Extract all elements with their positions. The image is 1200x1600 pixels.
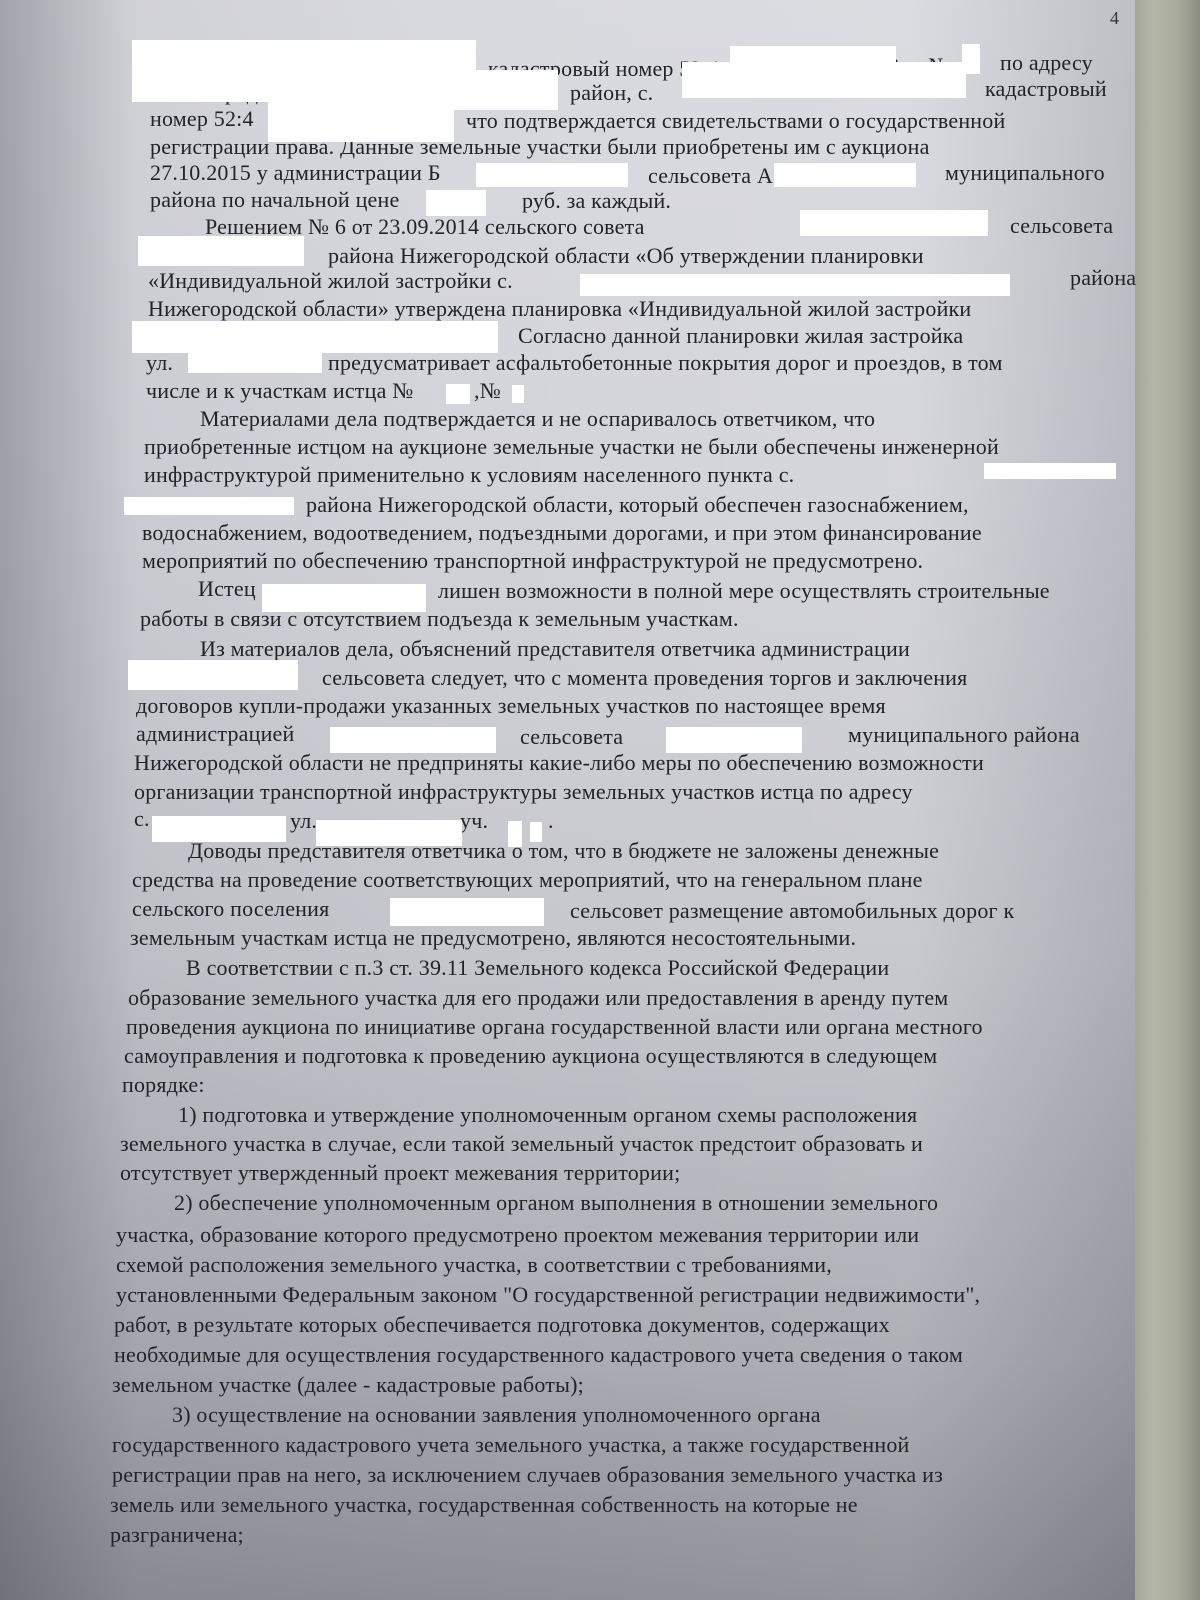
redaction-box — [774, 163, 916, 187]
text-line: регистрации права. Данные земельные учас… — [150, 134, 930, 160]
text-line: сельского поселения — [132, 896, 329, 922]
text-line: необходимые для осуществления государств… — [114, 1342, 963, 1368]
text-line: Доводы представителя ответчика о том, чт… — [188, 838, 939, 864]
text-line: 1) подготовка и утверждение уполномоченн… — [178, 1102, 917, 1128]
text-line: сельсовета А — [648, 163, 773, 189]
page-number: 4 — [1110, 8, 1119, 29]
text-line: государственного кадастрового учета земе… — [112, 1432, 910, 1458]
redaction-box — [530, 822, 542, 842]
text-line: схемой расположения земельного участка, … — [116, 1252, 832, 1278]
redaction-box — [512, 385, 524, 403]
text-line: самоуправления и подготовка к проведению… — [124, 1043, 937, 1069]
text-line: кадастровый — [985, 76, 1107, 102]
redaction-box — [476, 163, 628, 187]
redaction-box — [330, 727, 496, 753]
text-line: участка, образование которого предусмотр… — [116, 1222, 919, 1248]
text-line: мероприятий по обеспечению транспортной … — [142, 548, 923, 574]
text-line: района — [1070, 265, 1136, 291]
text-line: ул. — [146, 350, 173, 376]
text-line: муниципального района — [848, 722, 1080, 748]
text-line: лишен возможности в полной мере осуществ… — [438, 578, 1050, 604]
redaction-box — [132, 40, 476, 102]
text-line: с. — [134, 806, 150, 832]
text-line: по адресу — [1000, 50, 1093, 76]
text-line: земельного участка в случае, если такой … — [120, 1131, 923, 1157]
text-line: района Нижегородской области «Об утвержд… — [328, 243, 924, 269]
text-line: Из материалов дела, объяснений представи… — [200, 636, 910, 662]
text-line: земель или земельного участка, государст… — [110, 1492, 858, 1518]
redaction-box — [666, 727, 802, 753]
redaction-box — [390, 898, 544, 926]
text-line: порядке: — [122, 1072, 205, 1098]
text-line: муниципального — [945, 160, 1105, 186]
text-line: Материалами дела подтверждается и не осп… — [200, 406, 875, 432]
redaction-box — [984, 463, 1116, 479]
redaction-box — [188, 353, 322, 373]
redaction-box — [446, 384, 470, 404]
text-line: установленными Федеральным законом "О го… — [116, 1282, 980, 1308]
text-line: 2) обеспечение уполномоченным органом вы… — [174, 1190, 938, 1216]
text-line: работы в связи с отсутствием подъезда к … — [140, 606, 739, 632]
text-line: ул. — [290, 808, 317, 834]
redaction-box — [132, 321, 498, 353]
text-line: ,№ — [474, 378, 501, 404]
text-line: Согласно данной планировки жилая застрой… — [518, 323, 963, 349]
text-line: предусматривает асфальтобетонные покрыти… — [328, 350, 1003, 376]
text-line: 27.10.2015 у администрации Б — [150, 160, 441, 186]
text-line: . — [548, 808, 554, 834]
background-surface — [1128, 0, 1200, 1600]
text-line: Нижегородской области» утверждена планир… — [148, 296, 971, 322]
redaction-box — [268, 102, 454, 142]
text-line: 3) осуществление на основании заявления … — [172, 1402, 821, 1428]
redaction-box — [508, 821, 522, 847]
text-line: земельном участке (далее - кадастровые р… — [112, 1372, 584, 1398]
text-line: средства на проведение соответствующих м… — [132, 867, 923, 893]
text-line: земельным участкам истца не предусмотрен… — [130, 925, 856, 951]
text-line: района по начальной цене — [150, 187, 399, 213]
text-line: проведения аукциона по инициативе органа… — [126, 1014, 983, 1040]
text-line: администрацией — [136, 721, 295, 747]
redaction-box — [138, 236, 304, 266]
redaction-box — [800, 210, 988, 236]
text-line: работ, в результате которых обеспечивает… — [114, 1312, 890, 1338]
text-line: что подтверждается свидетельствами о гос… — [466, 108, 1005, 134]
text-line: числе и к участкам истца № — [146, 378, 413, 404]
text-line: «Индивидуальной жилой застройки с. — [148, 268, 513, 294]
text-line: инфраструктурой применительно к условиям… — [144, 462, 794, 488]
redaction-box — [262, 584, 426, 612]
redaction-box — [682, 62, 966, 98]
text-line: отсутствует утвержденный проект межевани… — [120, 1160, 680, 1186]
text-line: разграничена; — [110, 1522, 244, 1548]
redaction-box — [128, 660, 298, 690]
text-line: сельсовета — [520, 724, 623, 750]
text-line: уч. — [460, 808, 488, 834]
redaction-box — [124, 497, 294, 515]
text-line: регистрации прав на него, за исключением… — [112, 1462, 943, 1488]
text-line: В соответствии с п.3 ст. 39.11 Земельног… — [186, 955, 889, 981]
redaction-box — [316, 820, 462, 846]
text-line: сельсовета следует, что с момента провед… — [322, 665, 967, 691]
redaction-box — [580, 274, 1010, 296]
text-line: водоснабжением, водоотведением, подъездн… — [142, 520, 982, 546]
text-line: сельсовет размещение автомобильных дорог… — [570, 898, 1014, 924]
redaction-box — [152, 816, 286, 842]
text-line: район, с. — [570, 80, 653, 106]
text-line: района Нижегородской области, который об… — [306, 492, 969, 518]
text-line: номер 52:4 — [150, 106, 254, 132]
text-line: образование земельного участка для его п… — [128, 985, 948, 1011]
text-line: организации транспортной инфраструктуры … — [134, 779, 913, 805]
redaction-box — [426, 190, 486, 216]
text-line: руб. за каждый. — [522, 188, 671, 214]
text-line: приобретенные истцом на аукционе земельн… — [144, 434, 999, 460]
text-line: договоров купли-продажи указанных земель… — [136, 693, 886, 719]
text-line: Истец — [198, 576, 256, 602]
text-line: Нижегородской области не предприняты как… — [134, 750, 984, 776]
text-line: сельсовета — [1010, 213, 1113, 239]
